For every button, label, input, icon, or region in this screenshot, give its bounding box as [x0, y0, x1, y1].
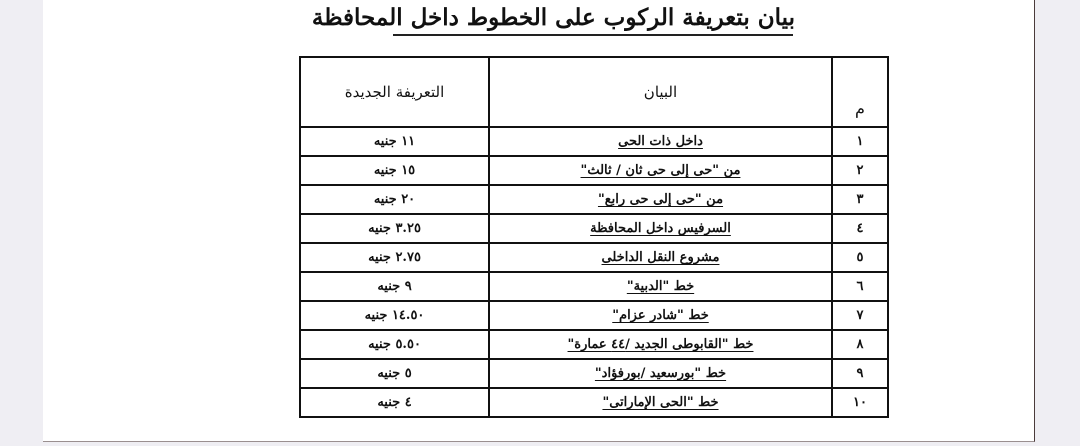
- row-fare: ٥.٥٠ جنيه: [300, 330, 489, 359]
- row-fare: ٥ جنيه: [300, 359, 489, 388]
- description-text: خط "الحى الإماراتى": [602, 395, 718, 410]
- header-new-fare: التعريفة الجديدة: [300, 57, 489, 127]
- row-description: من "حى إلى حى رابع": [489, 185, 832, 214]
- row-description: السرفيس داخل المحافظة: [489, 214, 832, 243]
- row-description: خط "الدبية": [489, 272, 832, 301]
- row-fare: ٩ جنيه: [300, 272, 489, 301]
- description-text: خط "شادر عزام": [612, 308, 708, 323]
- row-fare: ١٥ جنيه: [300, 156, 489, 185]
- row-number: ٥: [832, 243, 888, 272]
- document-page: بيان بتعريفة الركوب على الخطوط داخل المح…: [43, 0, 1035, 442]
- table-row: ٢ من "حى إلى حى ثان / ثالث" ١٥ جنيه: [300, 156, 888, 185]
- row-number: ١: [832, 127, 888, 156]
- description-text: مشروع النقل الداخلى: [602, 250, 720, 265]
- row-fare: ٤ جنيه: [300, 388, 489, 417]
- row-number: ٧: [832, 301, 888, 330]
- row-description: مشروع النقل الداخلى: [489, 243, 832, 272]
- description-text: من "حى إلى حى ثان / ثالث": [581, 163, 741, 178]
- row-fare: ٢.٧٥ جنيه: [300, 243, 489, 272]
- description-text: من "حى إلى حى رابع": [598, 192, 723, 207]
- table-row: ٣ من "حى إلى حى رابع" ٢٠ جنيه: [300, 185, 888, 214]
- table-row: ٨ خط "القابوطى الجديد /٤٤ عمارة" ٥.٥٠ جن…: [300, 330, 888, 359]
- table-row: ٩ خط "بورسعيد /بورفؤاد" ٥ جنيه: [300, 359, 888, 388]
- row-number: ٢: [832, 156, 888, 185]
- description-text: خط "الدبية": [627, 279, 694, 294]
- row-number: ٩: [832, 359, 888, 388]
- description-text: خط "بورسعيد /بورفؤاد": [595, 366, 726, 381]
- description-text: داخل ذات الحى: [618, 134, 703, 149]
- row-number: ٤: [832, 214, 888, 243]
- title-underline: [393, 34, 793, 36]
- row-number: ٨: [832, 330, 888, 359]
- table-row: ١٠ خط "الحى الإماراتى" ٤ جنيه: [300, 388, 888, 417]
- description-text: خط "القابوطى الجديد /٤٤ عمارة": [568, 337, 754, 352]
- table-row: ٥ مشروع النقل الداخلى ٢.٧٥ جنيه: [300, 243, 888, 272]
- table-header-row: م البيان التعريفة الجديدة: [300, 57, 888, 127]
- row-number: ٣: [832, 185, 888, 214]
- row-description: خط "القابوطى الجديد /٤٤ عمارة": [489, 330, 832, 359]
- row-description: من "حى إلى حى ثان / ثالث": [489, 156, 832, 185]
- table-row: ٧ خط "شادر عزام" ١٤.٥٠ جنيه: [300, 301, 888, 330]
- row-description: داخل ذات الحى: [489, 127, 832, 156]
- table-row: ٦ خط "الدبية" ٩ جنيه: [300, 272, 888, 301]
- table-row: ١ داخل ذات الحى ١١ جنيه: [300, 127, 888, 156]
- row-fare: ١١ جنيه: [300, 127, 489, 156]
- row-description: خط "بورسعيد /بورفؤاد": [489, 359, 832, 388]
- row-fare: ١٤.٥٠ جنيه: [300, 301, 489, 330]
- row-description: خط "الحى الإماراتى": [489, 388, 832, 417]
- table-row: ٤ السرفيس داخل المحافظة ٣.٢٥ جنيه: [300, 214, 888, 243]
- header-number: م: [832, 57, 888, 127]
- header-description: البيان: [489, 57, 832, 127]
- document-title: بيان بتعريفة الركوب على الخطوط داخل المح…: [391, 3, 795, 33]
- fares-table: م البيان التعريفة الجديدة ١ داخل ذات الح…: [299, 56, 889, 418]
- row-fare: ٢٠ جنيه: [300, 185, 489, 214]
- row-description: خط "شادر عزام": [489, 301, 832, 330]
- description-text: السرفيس داخل المحافظة: [590, 221, 731, 236]
- row-fare: ٣.٢٥ جنيه: [300, 214, 489, 243]
- row-number: ١٠: [832, 388, 888, 417]
- row-number: ٦: [832, 272, 888, 301]
